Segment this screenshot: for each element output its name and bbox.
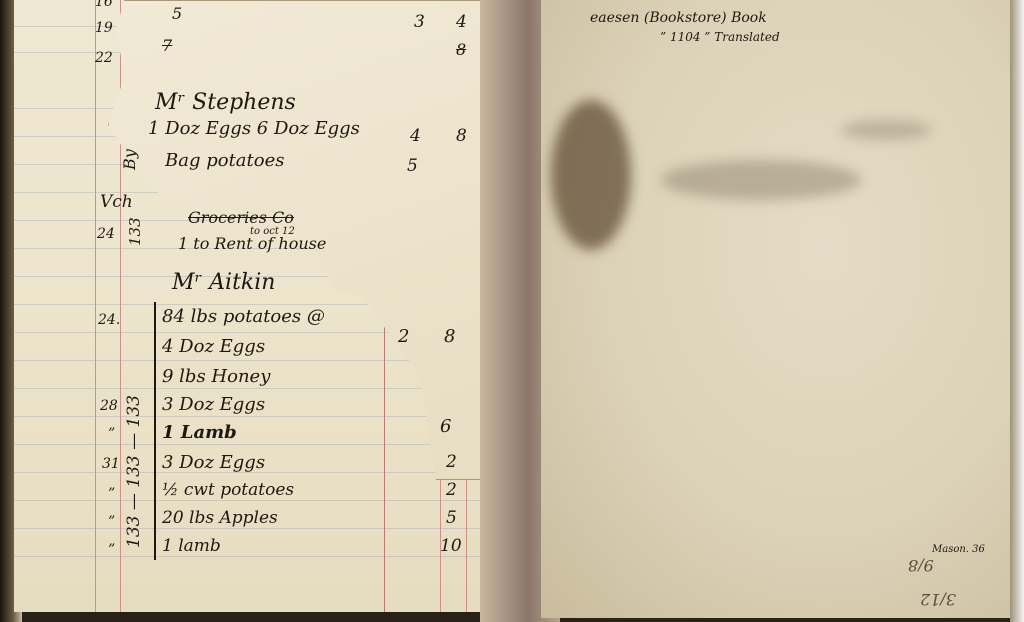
entry-bracket bbox=[154, 302, 156, 560]
date-19: 19 bbox=[95, 20, 113, 36]
aitkin-line-4: 3 Doz Eggs bbox=[162, 394, 265, 415]
stephens-line-2-amount-a: 5 bbox=[407, 156, 418, 176]
aitkin-date-4: 28 bbox=[100, 398, 118, 414]
top-entry-desc: 5 bbox=[172, 4, 182, 23]
stephens-line-1-amount-b: 8 bbox=[456, 126, 467, 146]
aitkin-line-1: 84 lbs potatoes @ bbox=[162, 306, 325, 327]
aitkin-line-9: 1 lamb bbox=[162, 536, 221, 556]
stephens-line-1: 1 Doz Eggs 6 Doz Eggs bbox=[148, 118, 360, 139]
aitkin-line-2: 4 Doz Eggs bbox=[162, 336, 265, 357]
date-24: 24 bbox=[97, 226, 115, 242]
aitkin-line-8: 20 lbs Apples bbox=[162, 508, 278, 528]
date-16: 16 bbox=[95, 0, 113, 10]
corner-note-mason: Mason. 36 bbox=[932, 544, 985, 555]
folio-133: 133 bbox=[126, 217, 144, 246]
aitkin-date-9: ” bbox=[108, 542, 115, 558]
ledger-photo: 16 19 22 5 3 4 7 8 Mʳ Stephens By 1 Doz … bbox=[0, 0, 1024, 622]
top-entry-amount-b: 4 bbox=[456, 12, 467, 32]
account-name-aitkin: Mʳ Aitkin bbox=[172, 270, 275, 295]
aitkin-line-1-amount-a: 2 bbox=[398, 326, 409, 347]
aitkin-line-6: 3 Doz Eggs bbox=[162, 452, 265, 473]
aitkin-line-9-amount-a: 10 bbox=[440, 536, 462, 556]
aitkin-line-1-amount-b: 8 bbox=[444, 326, 455, 347]
aitkin-line-3: 9 lbs Honey bbox=[162, 366, 270, 387]
account-name-stephens: Mʳ Stephens bbox=[155, 90, 296, 115]
aitkin-date-1: 24. bbox=[98, 312, 120, 328]
date-22: 22 bbox=[95, 50, 113, 66]
rent-line: 1 to Rent of house bbox=[178, 234, 326, 253]
struck-entry-desc: 7 bbox=[162, 36, 172, 55]
aitkin-line-6-amount-a: 2 bbox=[446, 452, 457, 472]
book-edge-right bbox=[1010, 0, 1024, 622]
aitkin-line-5: 1 Lamb bbox=[162, 422, 237, 443]
corner-note-upside-down-2: 3/12 bbox=[920, 590, 956, 609]
right-cover-page bbox=[540, 0, 1013, 618]
struck-groceries: Groceries Co bbox=[188, 208, 294, 227]
aitkin-date-6: 31 bbox=[102, 456, 120, 472]
stephens-line-2: Bag potatoes bbox=[165, 150, 285, 171]
aitkin-line-7-amount-a: 2 bbox=[446, 480, 457, 500]
struck-entry-amount: 8 bbox=[456, 40, 466, 59]
top-entry-amount-a: 3 bbox=[414, 12, 425, 32]
stephens-line-1-amount-a: 4 bbox=[410, 126, 421, 146]
right-note-line-1: eaesen (Bookstore) Book bbox=[590, 10, 767, 26]
aitkin-date-5: ” bbox=[108, 426, 115, 442]
aitkin-date-8: ” bbox=[108, 514, 115, 530]
right-note-line-2: ” 1104 ” Translated bbox=[660, 30, 780, 44]
aitkin-line-5-amount-b: 6 bbox=[440, 416, 451, 437]
corner-note-upside-down-1: 9/8 bbox=[908, 556, 934, 575]
folio-vertical: 133 — 133 — 133 bbox=[124, 395, 144, 548]
aitkin-date-7: ” bbox=[108, 486, 115, 502]
margin-note-vch: Vch bbox=[100, 192, 133, 212]
margin-note-by: By bbox=[120, 149, 139, 170]
aitkin-line-8-amount-a: 5 bbox=[446, 508, 457, 528]
aitkin-line-7: ½ cwt potatoes bbox=[162, 480, 294, 500]
